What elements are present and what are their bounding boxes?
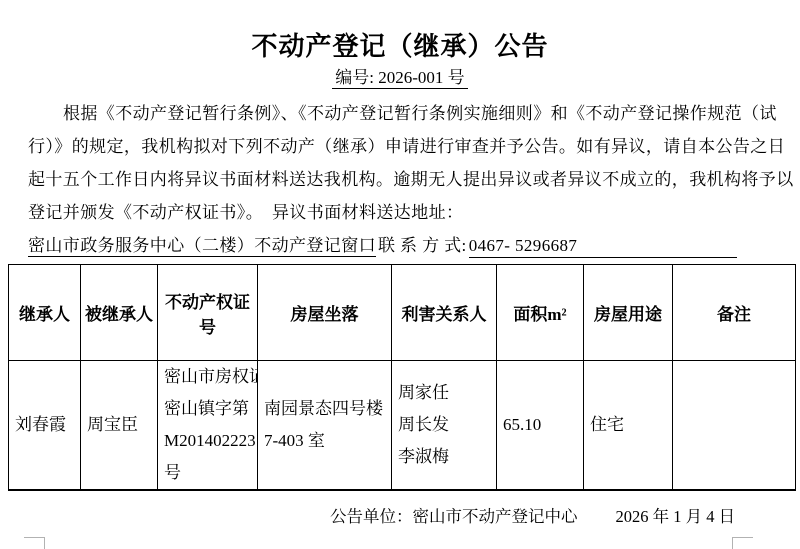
cell-usage: 住宅 [584,361,673,491]
certificate-line: M201402223 [164,425,253,457]
body-line: 起十五个工作日内将异议书面材料送达我机构。逾期无人提出异议或者异议不成立的，我机… [28,163,774,196]
certificate-line: 号 [164,457,253,489]
body-line: 根据《不动产登记暂行条例》、《不动产登记暂行条例实施细则》和《不动产登记操作规范… [28,97,774,130]
body-line: 登记并颁发《不动产权证书》。 异议书面材料送达地址： [28,196,774,229]
page-corner-mark-right [732,537,753,549]
col-header-heir: 继承人 [9,265,81,361]
footer-date: 2026 年 1 月 4 日 [616,507,736,526]
doc-number: 编号: 2026-001 号 [0,63,800,88]
cell-remark [673,361,796,491]
location-line: 7-403 室 [264,425,387,457]
stakeholder-name: 周家任 [398,377,492,409]
page-title: 不动产登记（继承）公告 [0,26,800,63]
certificate-line: 密山市房权证 [164,361,253,393]
doc-footer: 公告单位：密山市不动产登记中心2026 年 1 月 4 日 [330,503,735,527]
footer-issuer: 公告单位：密山市不动产登记中心 [330,507,578,526]
certificate-line: 密山镇字第 [164,393,253,425]
address-line: 密山市政务服务中心（二楼）不动产登记窗口联 系 方 式:0467- 529668… [28,229,774,262]
delivery-address: 密山市政务服务中心（二楼）不动产登记窗口 [28,236,376,257]
announcement-page: 不动产登记（继承）公告 编号: 2026-001 号 根据《不动产登记暂行条例》… [0,0,800,549]
col-header-area: 面积m² [497,265,584,361]
col-header-usage: 房屋用途 [584,265,673,361]
cell-stakeholders: 周家任 周长发 李淑梅 [392,361,497,491]
body-paragraph: 根据《不动产登记暂行条例》、《不动产登记暂行条例实施细则》和《不动产登记操作规范… [28,97,774,262]
table-row: 刘春霞 周宝臣 密山市房权证 密山镇字第 M201402223 号 南园景态四号… [9,361,796,491]
table-header-row: 继承人 被继承人 不动产权证号 房屋坐落 利害关系人 面积m² 房屋用途 备注 [9,265,796,361]
cell-location: 南园景态四号楼 7-403 室 [258,361,392,491]
contact-label: 联 系 方 式: [376,236,469,255]
cell-certificate-no: 密山市房权证 密山镇字第 M201402223 号 [158,361,258,491]
col-header-remark: 备注 [673,265,796,361]
doc-number-text: 编号: 2026-001 号 [332,68,467,89]
cell-area: 65.10 [497,361,584,491]
col-header-location: 房屋坐落 [258,265,392,361]
announcement-table: 继承人 被继承人 不动产权证号 房屋坐落 利害关系人 面积m² 房屋用途 备注 … [8,264,796,491]
page-corner-mark-left [24,537,45,549]
col-header-decedent: 被继承人 [81,265,158,361]
col-header-stakeholders: 利害关系人 [392,265,497,361]
stakeholder-name: 李淑梅 [398,441,492,473]
cell-decedent: 周宝臣 [81,361,158,491]
col-header-certificate-no: 不动产权证号 [158,265,258,361]
body-line: 行）》的规定，我机构拟对下列不动产（继承）申请进行审查并予公告。如有异议，请自本… [28,130,774,163]
cell-heir: 刘春霞 [9,361,81,491]
phone-number: 0467- 5296687 [469,235,737,258]
stakeholder-name: 周长发 [398,409,492,441]
location-line: 南园景态四号楼 [264,393,387,425]
